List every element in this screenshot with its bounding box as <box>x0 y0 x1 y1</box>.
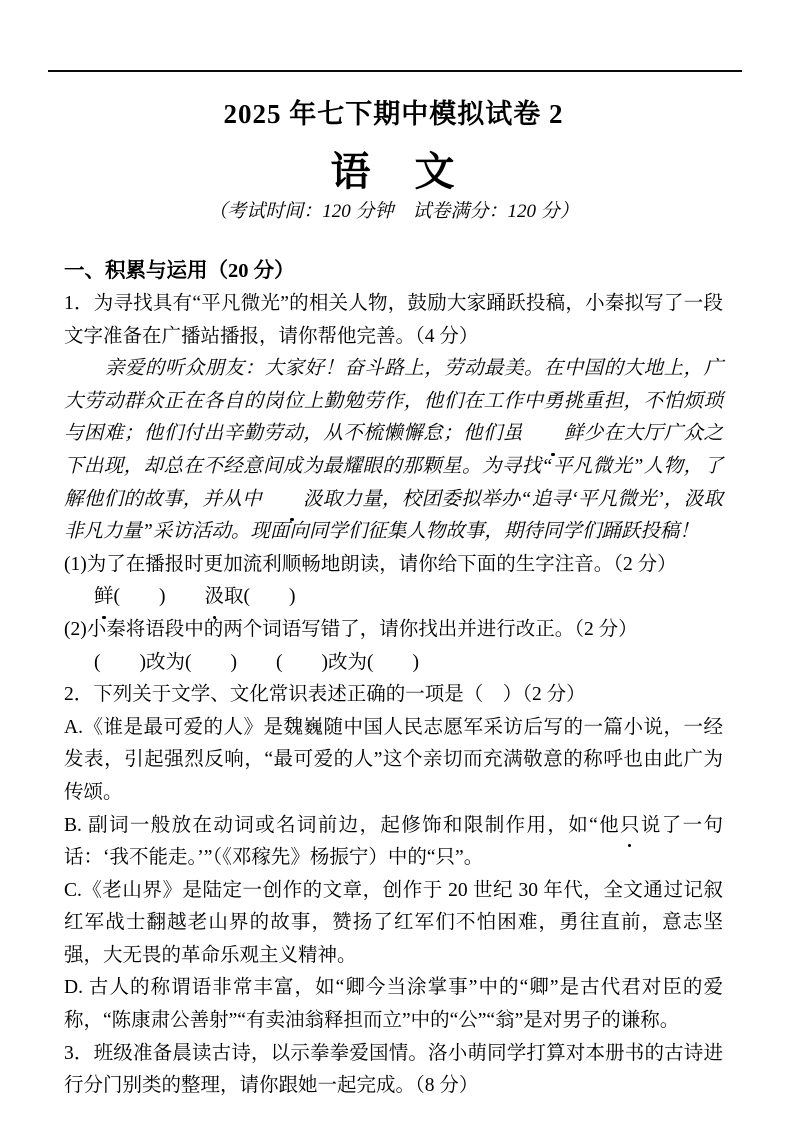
sub-question-2-stem: (2)小秦将语段中的两个词语写错了，请你找出并进行改正。（2 分） <box>64 614 723 647</box>
text-segment: 取( ) <box>224 586 296 607</box>
text-segment: B. 副词一般放在动词或名词前边，起修饰和限制作用，如“他 <box>64 815 620 836</box>
emphasized-char: 汲 <box>205 581 225 614</box>
question-2-option-a: A.《谁是最可爱的人》是魏巍随中国人民志愿军采访后写的一篇小说，一经发表，引起强… <box>64 712 723 810</box>
subject-title: 语 文 <box>64 150 723 194</box>
question-2-stem: 2．下列关于文学、文化常识表述正确的一项是（ ）（2 分） <box>64 679 723 712</box>
correction-answer-line: ( )改为( ) ( )改为( ) <box>64 647 723 680</box>
emphasized-char: 只 <box>620 810 640 843</box>
question-2-option-d: D. 古人的称谓语非常丰富，如“卿今当涂掌事”中的“卿”是古代君对臣的爱称，“陈… <box>64 972 723 1037</box>
exam-paper-page: 2025 年七下期中模拟试卷 2 语 文 （考试时间：120 分钟 试卷满分：1… <box>0 0 793 1122</box>
emphasized-char: 鲜 <box>523 418 584 451</box>
question-2-option-b: B. 副词一般放在动词或名词前边，起修饰和限制作用，如“他只说了一句话：‘我不能… <box>64 810 723 875</box>
doc-title: 2025 年七下期中模拟试卷 2 <box>64 98 723 130</box>
emphasized-char: 汲 <box>262 484 323 517</box>
question-2-option-c: C.《老山界》是陆定一创作的文章，创作于 20 世纪 30 年代，全文通过记叙红… <box>64 875 723 973</box>
header-rule <box>48 70 742 72</box>
question-1-stem: 1．为寻找具有“平凡微光”的相关人物，鼓励大家踊跃投稿，小秦拟写了一段文字准备在… <box>64 288 723 353</box>
text-segment: ( ) <box>114 586 205 607</box>
exam-info: （考试时间：120 分钟 试卷满分：120 分） <box>64 200 723 224</box>
question-3-stem: 3．班级准备晨读古诗，以示拳拳爱国情。洛小萌同学打算对本册书的古诗进行分门别类的… <box>64 1038 723 1103</box>
pinyin-answer-line: 鲜( ) 汲取( ) <box>64 581 723 614</box>
sub-question-1-stem: (1)为了在播报时更加流利顺畅地朗读，请你给下面的生字注音。（2 分） <box>64 549 723 582</box>
question-1-passage: 亲爱的听众朋友：大家好！奋斗路上，劳动最美。在中国的大地上，广大劳动群众正在各自… <box>64 353 723 549</box>
emphasized-char: 鲜 <box>94 581 114 614</box>
section-heading: 一、积累与运用（20 分） <box>64 256 723 286</box>
document-body: 2025 年七下期中模拟试卷 2 语 文 （考试时间：120 分钟 试卷满分：1… <box>0 0 793 1103</box>
